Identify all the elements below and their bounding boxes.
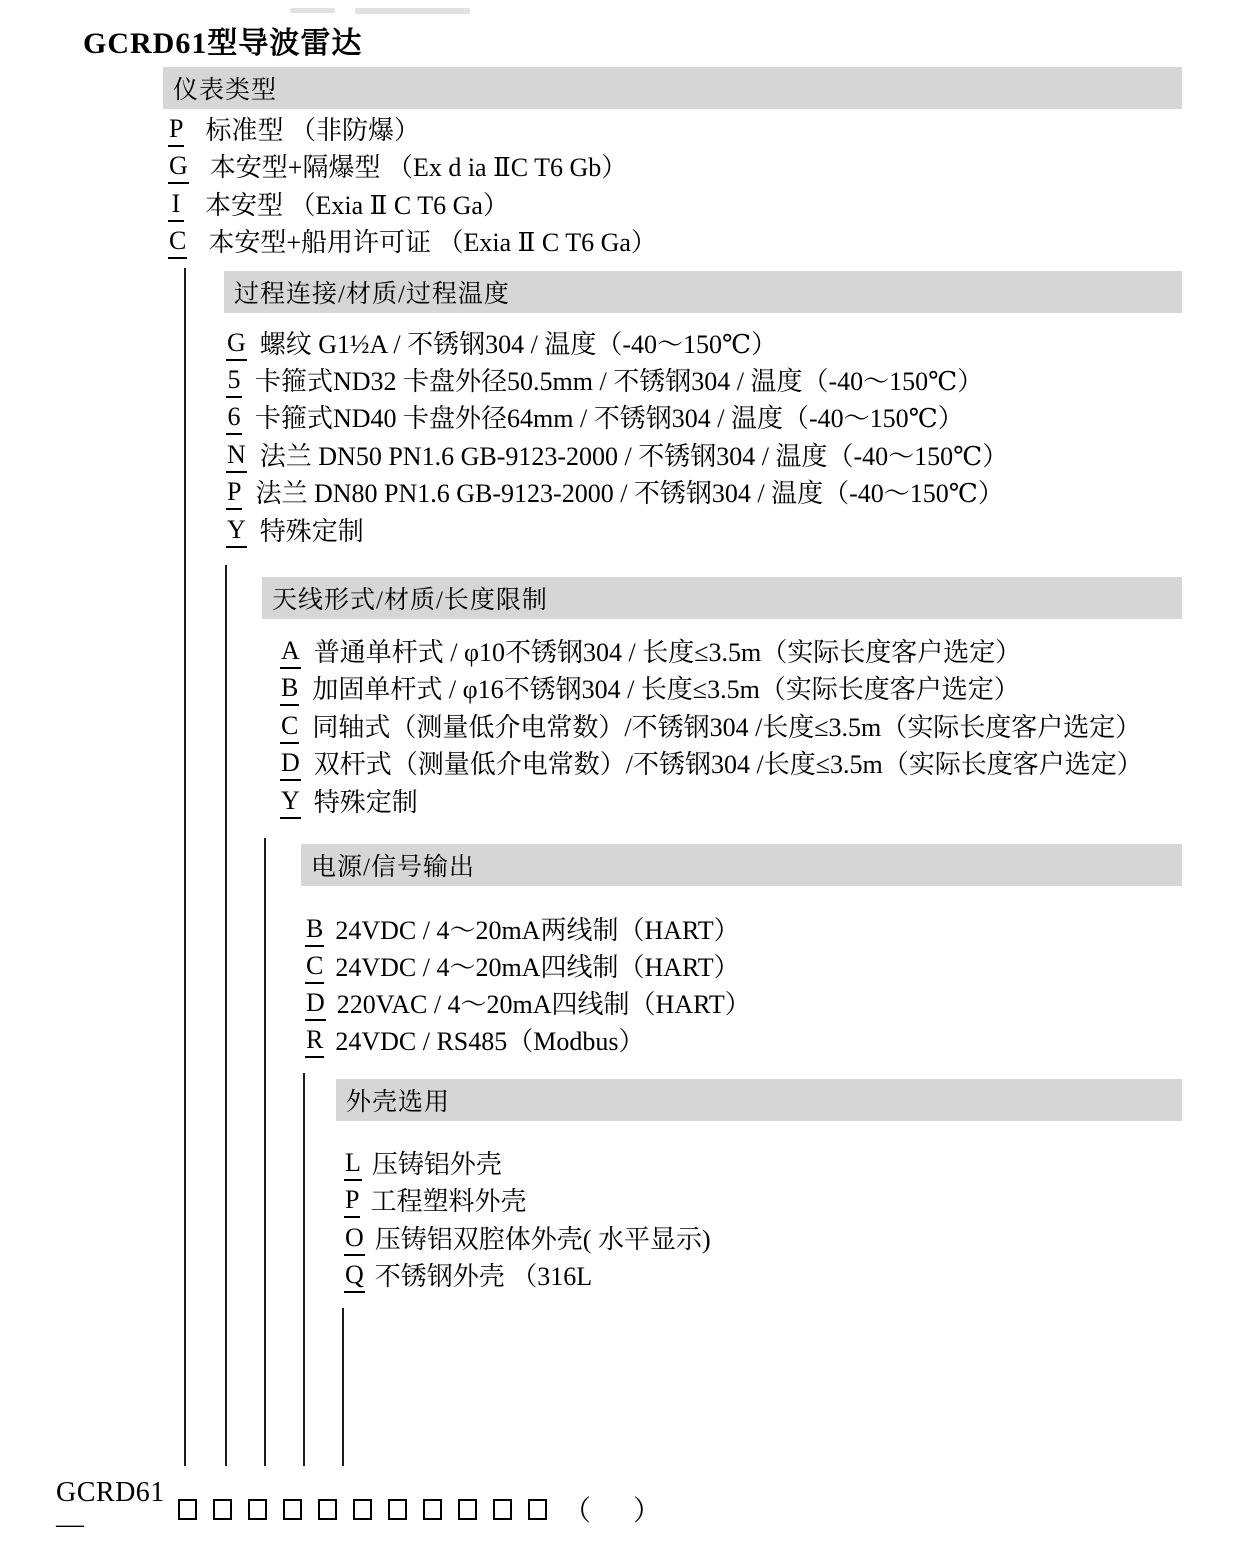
option-label: 普通单杆式 / φ10不锈钢304 / 长度≤3.5m（实际长度客户选定） bbox=[314, 638, 1021, 668]
option-code: I bbox=[168, 190, 184, 222]
option-label: 卡箍式ND32 卡盘外径50.5mm / 不锈钢304 / 温度（-40～150… bbox=[255, 367, 983, 397]
option-row: C 同轴式（测量低介电常数）/不锈钢304 /长度≤3.5m（实际长度客户选定） bbox=[280, 709, 1143, 747]
section-header-label: 天线形式/材质/长度限制 bbox=[272, 580, 548, 616]
model-code-prefix: GCRD61— bbox=[56, 1477, 178, 1541]
paren-close: ） bbox=[633, 1489, 661, 1529]
option-label: 双杆式（测量低介电常数）/不锈钢304 /长度≤3.5m（实际长度客户选定） bbox=[314, 750, 1143, 780]
option-code: O bbox=[344, 1224, 365, 1256]
option-code: G bbox=[226, 329, 247, 361]
option-row: D 双杆式（测量低介电常数）/不锈钢304 /长度≤3.5m（实际长度客户选定） bbox=[280, 747, 1143, 785]
option-row: P 工程塑料外壳 bbox=[344, 1184, 711, 1222]
option-label: 压铸铝外壳 bbox=[372, 1150, 502, 1180]
option-code: G bbox=[168, 152, 189, 184]
model-code-box bbox=[248, 1499, 267, 1520]
option-code: D bbox=[305, 989, 326, 1021]
model-code-box bbox=[213, 1499, 232, 1520]
option-row: Y 特殊定制 bbox=[280, 784, 1143, 822]
option-row: C 本安型+船用许可证 （Exia Ⅱ C T6 Ga） bbox=[168, 225, 657, 263]
option-label: 24VDC / 4～20mA四线制（HART） bbox=[335, 953, 739, 983]
connector-line-3 bbox=[264, 838, 266, 1466]
option-row: G 本安型+隔爆型 （Ex d ia ⅡC T6 Gb） bbox=[168, 150, 657, 188]
option-label: 特殊定制 bbox=[260, 517, 364, 547]
section-header: 天线形式/材质/长度限制 bbox=[262, 577, 1182, 619]
option-row: P 法兰 DN80 PN1.6 GB-9123-2000 / 不锈钢304 / … bbox=[226, 476, 1008, 513]
option-label: 特殊定制 bbox=[314, 788, 418, 818]
option-row: 6 卡箍式ND40 卡盘外径64mm / 不锈钢304 / 温度（-40～150… bbox=[226, 401, 1008, 438]
option-row: L 压铸铝外壳 bbox=[344, 1146, 711, 1184]
option-label: 24VDC / RS485（Modbus） bbox=[335, 1027, 644, 1057]
connector-line-5 bbox=[342, 1308, 344, 1466]
option-label: 螺纹 G1½A / 不锈钢304 / 温度（-40～150℃） bbox=[260, 330, 777, 360]
option-code: P bbox=[226, 478, 242, 510]
page-title: GCRD61型导波雷达 bbox=[83, 18, 362, 62]
option-row: C 24VDC / 4～20mA四线制（HART） bbox=[305, 949, 751, 986]
connector-line-2 bbox=[225, 565, 227, 1466]
connector-line-4 bbox=[303, 1073, 305, 1466]
option-code: Q bbox=[344, 1261, 365, 1293]
option-label: 同轴式（测量低介电常数）/不锈钢304 /长度≤3.5m（实际长度客户选定） bbox=[312, 713, 1141, 743]
option-label: 法兰 DN50 PN1.6 GB-9123-2000 / 不锈钢304 / 温度… bbox=[260, 442, 1008, 472]
section-header-label: 电源/信号输出 bbox=[311, 847, 475, 883]
scan-artifact bbox=[355, 8, 470, 14]
option-row: G 螺纹 G1½A / 不锈钢304 / 温度（-40～150℃） bbox=[226, 326, 1008, 363]
option-code: D bbox=[280, 749, 301, 781]
model-code-box bbox=[318, 1499, 337, 1520]
option-code: Y bbox=[280, 787, 301, 819]
model-code-box bbox=[493, 1499, 512, 1520]
section-header: 仪表类型 bbox=[163, 67, 1182, 109]
section-header-label: 仪表类型 bbox=[173, 70, 277, 106]
section-header-label: 过程连接/材质/过程温度 bbox=[234, 274, 510, 310]
option-label: 不锈钢外壳 （316L bbox=[375, 1262, 592, 1292]
model-code-box bbox=[178, 1499, 197, 1520]
option-code: Y bbox=[226, 516, 247, 548]
model-code-box bbox=[353, 1499, 372, 1520]
option-code: 6 bbox=[226, 403, 242, 435]
option-code: B bbox=[280, 674, 299, 706]
option-label: 加固单杆式 / φ16不锈钢304 / 长度≤3.5m（实际长度客户选定） bbox=[312, 675, 1019, 705]
option-label: 24VDC / 4～20mA两线制（HART） bbox=[335, 916, 739, 946]
option-row: 5 卡箍式ND32 卡盘外径50.5mm / 不锈钢304 / 温度（-40～1… bbox=[226, 363, 1008, 400]
option-label: 压铸铝双腔体外壳( 水平显示) bbox=[375, 1225, 711, 1255]
option-label: 标准型 （非防爆） bbox=[205, 116, 420, 146]
option-row: P 标准型 （非防爆） bbox=[168, 112, 657, 150]
option-row: B 24VDC / 4～20mA两线制（HART） bbox=[305, 912, 751, 949]
option-code: N bbox=[226, 441, 247, 473]
option-label: 本安型+船用许可证 （Exia Ⅱ C T6 Ga） bbox=[208, 228, 657, 258]
connector-line-1 bbox=[184, 268, 186, 1466]
option-row: O 压铸铝双腔体外壳( 水平显示) bbox=[344, 1221, 711, 1259]
option-row: I 本安型 （Exia Ⅱ C T6 Ga） bbox=[168, 187, 657, 225]
scan-artifact bbox=[290, 8, 335, 13]
model-code-line: GCRD61— （ ） bbox=[56, 1492, 661, 1526]
option-label: 法兰 DN80 PN1.6 GB-9123-2000 / 不锈钢304 / 温度… bbox=[255, 479, 1003, 509]
option-row: A 普通单杆式 / φ10不锈钢304 / 长度≤3.5m（实际长度客户选定） bbox=[280, 634, 1143, 672]
option-code: R bbox=[305, 1026, 324, 1058]
model-code-box bbox=[388, 1499, 407, 1520]
option-code: P bbox=[168, 115, 184, 147]
option-code: P bbox=[344, 1186, 360, 1218]
option-label: 卡箍式ND40 卡盘外径64mm / 不锈钢304 / 温度（-40～150℃） bbox=[255, 404, 964, 434]
option-code: B bbox=[305, 915, 324, 947]
model-code-box bbox=[283, 1499, 302, 1520]
option-row: R 24VDC / RS485（Modbus） bbox=[305, 1023, 751, 1060]
model-code-box bbox=[528, 1499, 547, 1520]
section-header: 外壳选用 bbox=[336, 1079, 1182, 1121]
option-row: N 法兰 DN50 PN1.6 GB-9123-2000 / 不锈钢304 / … bbox=[226, 438, 1008, 475]
option-row: Q 不锈钢外壳 （316L bbox=[344, 1259, 711, 1297]
option-label: 工程塑料外壳 bbox=[370, 1187, 526, 1217]
section-header: 电源/信号输出 bbox=[301, 844, 1182, 886]
option-code: L bbox=[344, 1149, 362, 1181]
option-code: A bbox=[280, 637, 301, 669]
option-code: C bbox=[280, 712, 299, 744]
option-row: B 加固单杆式 / φ16不锈钢304 / 长度≤3.5m（实际长度客户选定） bbox=[280, 672, 1143, 710]
option-label: 本安型+隔爆型 （Ex d ia ⅡC T6 Gb） bbox=[210, 153, 628, 183]
option-row: Y 特殊定制 bbox=[226, 513, 1008, 550]
model-code-box bbox=[423, 1499, 442, 1520]
option-code: 5 bbox=[226, 366, 242, 398]
section-header: 过程连接/材质/过程温度 bbox=[224, 271, 1182, 313]
paren-open: （ bbox=[563, 1489, 591, 1529]
option-code: C bbox=[168, 227, 187, 259]
model-code-box bbox=[458, 1499, 477, 1520]
option-row: D 220VAC / 4～20mA四线制（HART） bbox=[305, 986, 751, 1023]
option-code: C bbox=[305, 952, 324, 984]
option-label: 本安型 （Exia Ⅱ C T6 Ga） bbox=[205, 191, 509, 221]
option-label: 220VAC / 4～20mA四线制（HART） bbox=[337, 990, 751, 1020]
ordering-code-document: GCRD61型导波雷达 仪表类型 P 标准型 （非防爆） G 本安型+隔爆型 （… bbox=[0, 0, 1257, 1550]
section-header-label: 外壳选用 bbox=[346, 1082, 450, 1118]
